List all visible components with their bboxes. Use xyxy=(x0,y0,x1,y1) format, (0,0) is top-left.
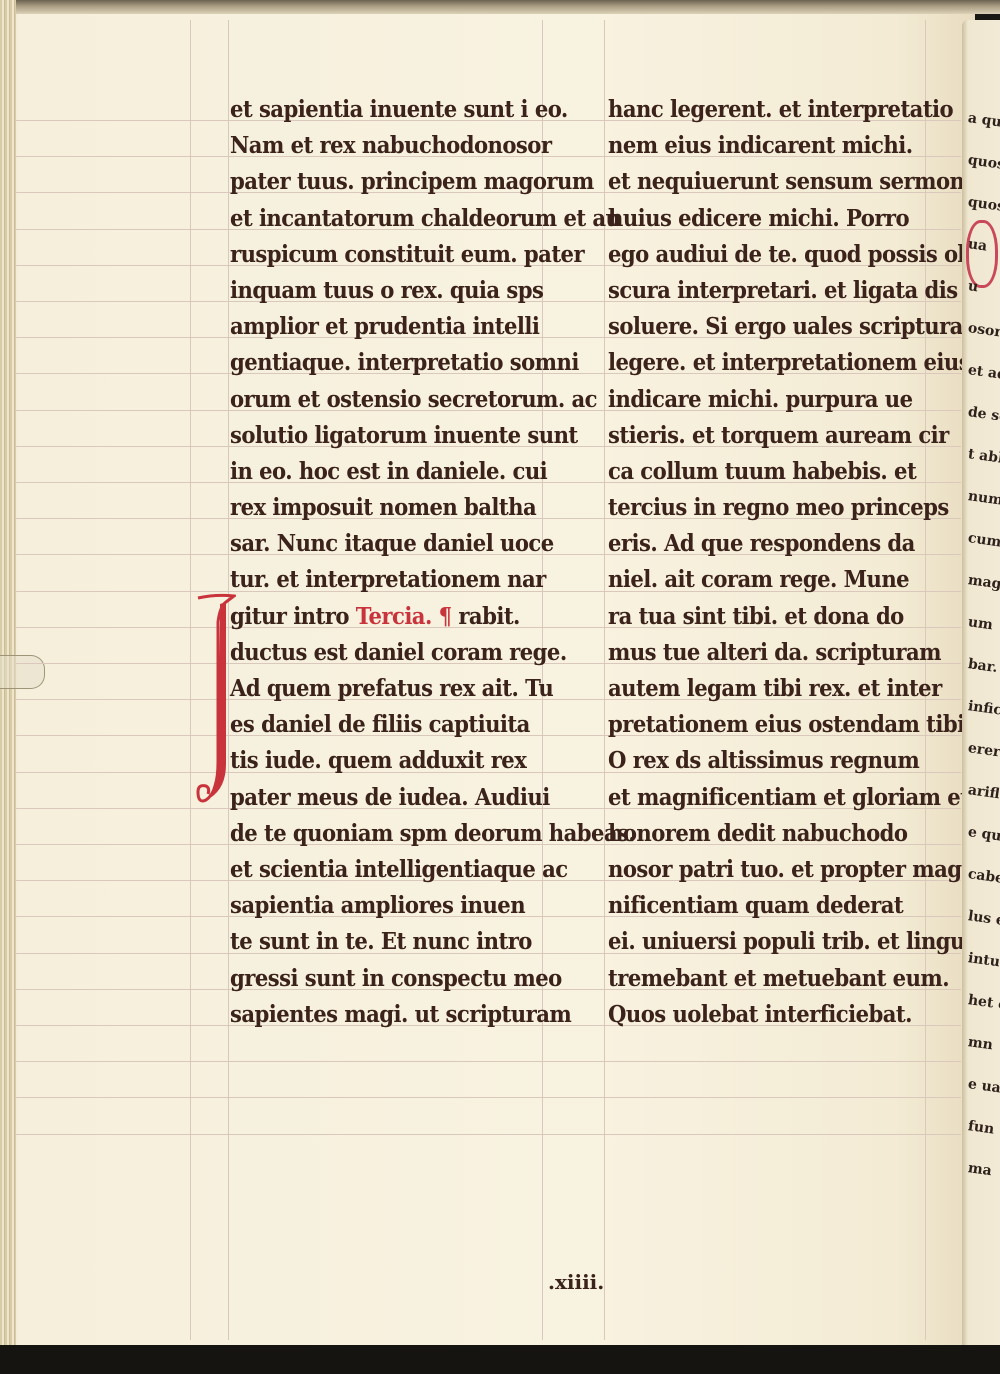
manuscript-line: et sapientia inuente sunt i eo. xyxy=(230,92,534,128)
manuscript-line: gentiaque. interpretatio somni xyxy=(230,345,534,381)
manuscript-line: pater meus de iudea. Audiui xyxy=(230,780,534,816)
ruling-line xyxy=(16,1061,961,1062)
manuscript-line: scura interpretari. et ligata dis xyxy=(608,273,912,309)
manuscript-line: nificentiam quam dederat xyxy=(608,888,912,924)
manuscript-line: rex imposuit nomen baltha xyxy=(230,490,534,526)
manuscript-line: nosor patri tuo. et propter mag xyxy=(608,852,912,888)
manuscript-line: tremebant et metuebant eum. xyxy=(608,961,912,997)
page-top-edge xyxy=(0,0,1000,14)
facing-page-text-fragment: bar. tr xyxy=(967,656,1000,679)
manuscript-line: indicare michi. purpura ue xyxy=(608,382,912,418)
manuscript-line: in eo. hoc est in daniele. cui xyxy=(230,454,534,490)
rubric-text: Tercia. xyxy=(356,603,439,630)
manuscript-line: Quos uolebat interficiebat. xyxy=(608,997,912,1033)
facing-page-text-fragment: t ablat xyxy=(967,446,1000,469)
manuscript-line: legere. et interpretationem eius xyxy=(608,345,912,381)
manuscript-page: et sapientia inuente sunt i eo.Nam et re… xyxy=(0,0,975,1352)
facing-page-text-fragment: het o xyxy=(967,992,1000,1013)
text-column-left: et sapientia inuente sunt i eo.Nam et re… xyxy=(230,92,560,1033)
page-clip xyxy=(0,655,45,689)
manuscript-line: te sunt in te. Et nunc intro xyxy=(230,924,534,960)
manuscript-line: autem legam tibi rex. et inter xyxy=(608,671,912,707)
folio-number: .xiiii. xyxy=(548,1270,604,1294)
facing-page-text-fragment: erer q xyxy=(967,740,1000,762)
facing-page-text-fragment: magna xyxy=(967,572,1000,595)
manuscript-line: tis iude. quem adduxit rex xyxy=(230,743,534,779)
manuscript-line: gressi sunt in conspectu meo xyxy=(230,961,534,997)
facing-page-text-fragment: lus e xyxy=(967,908,1000,929)
facing-page-text-fragment: ariflu xyxy=(967,782,1000,804)
ruling-line xyxy=(16,1097,961,1098)
facing-page-text-fragment: ua xyxy=(967,236,988,255)
manuscript-line: pater tuus. principem magorum xyxy=(230,164,534,200)
facing-page-text-fragment: e ua xyxy=(967,1076,1000,1096)
manuscript-line: es daniel de filiis captiuita xyxy=(230,707,534,743)
manuscript-line: tercius in regno meo princeps xyxy=(608,490,912,526)
manuscript-line: ruspicum constituit eum. pater xyxy=(230,237,534,273)
text-column-right: hanc legerent. et interpretationem eius … xyxy=(608,92,938,1033)
facing-page-text-fragment: quos uo xyxy=(967,152,1000,176)
decorated-initial-j-icon xyxy=(196,592,236,804)
manuscript-line: honorem dedit nabuchodo xyxy=(608,816,912,852)
manuscript-line: amplior et prudentia intelli xyxy=(230,309,534,345)
facing-page-text-fragment: mn xyxy=(967,1034,994,1053)
manuscript-line: hanc legerent. et interpretatio xyxy=(608,92,912,128)
ruling-line xyxy=(16,1134,961,1135)
manuscript-line: et nequiuerunt sensum sermonis xyxy=(608,164,912,200)
background-shadow xyxy=(0,1345,1000,1374)
manuscript-line: et magnificentiam et gloriam et xyxy=(608,780,912,816)
manuscript-line: et scientia intelligentiaque ac xyxy=(230,852,534,888)
line-text: gitur intro xyxy=(230,603,356,630)
line-text: rabit. xyxy=(452,603,520,630)
facing-page-edge: a quos uquos uoquos uuauosor. cet ad fud… xyxy=(962,20,1000,1350)
manuscript-line: huius edicere michi. Porro xyxy=(608,201,912,237)
manuscript-line: sapientia ampliores inuen xyxy=(230,888,534,924)
facing-page-text-fragment: fun xyxy=(967,1118,995,1138)
manuscript-line: niel. ait coram rege. Mune xyxy=(608,562,912,598)
facing-page-text-fragment: de solu xyxy=(967,404,1000,428)
manuscript-line: O rex ds altissimus regnum xyxy=(608,743,912,779)
manuscript-line: solutio ligatorum inuente sunt xyxy=(230,418,534,454)
facing-page-text-fragment: cum be xyxy=(967,530,1000,554)
facing-page-text-fragment: intua xyxy=(967,950,1000,972)
facing-page-text-fragment: ma xyxy=(967,1160,993,1179)
manuscript-line: pretationem eius ostendam tibi. xyxy=(608,707,912,743)
manuscript-line: ductus est daniel coram rege. xyxy=(230,635,534,671)
manuscript-line: sar. Nunc itaque daniel uoce xyxy=(230,526,534,562)
manuscript-line: stieris. et torquem auream cir xyxy=(608,418,912,454)
manuscript-line: ego audiui de te. quod possis ob xyxy=(608,237,912,273)
manuscript-line: eris. Ad que respondens da xyxy=(608,526,912,562)
manuscript-line: ei. uniuersi populi trib. et lingue xyxy=(608,924,912,960)
manuscript-line: ca collum tuum habebis. et xyxy=(608,454,912,490)
facing-page-text-fragment: a quos u xyxy=(967,110,1000,135)
facing-page-text-fragment: num cu xyxy=(967,488,1000,512)
manuscript-line: de te quoniam spm deorum habeas. xyxy=(230,816,534,852)
manuscript-line: ra tua sint tibi. et dona do xyxy=(608,599,912,635)
manuscript-line: soluere. Si ergo uales scripturam xyxy=(608,309,912,345)
facing-page-text-fragment: quos u xyxy=(967,194,1000,217)
ruling-column-line xyxy=(190,20,191,1340)
facing-page-text-fragment: infiche xyxy=(967,698,1000,721)
facing-page-text-fragment: u xyxy=(967,278,979,295)
manuscript-line: tur. et interpretationem nar xyxy=(230,562,534,598)
manuscript-line: Ad quem prefatus rex ait. Tu xyxy=(230,671,534,707)
facing-page-text-fragment: um xyxy=(967,614,994,633)
facing-page-text-fragment: et ad fu xyxy=(967,362,1000,386)
facing-page-text-fragment: cabe xyxy=(967,866,1000,887)
manuscript-line: orum et ostensio secretorum. ac xyxy=(230,382,534,418)
manuscript-line: et incantatorum chaldeorum et au xyxy=(230,201,534,237)
pilcrow-icon: ¶ xyxy=(439,603,452,630)
facing-page-text-fragment: osor. c xyxy=(967,320,1000,343)
facing-page-text-fragment: e quo xyxy=(967,824,1000,846)
manuscript-line: inquam tuus o rex. quia sps xyxy=(230,273,534,309)
manuscript-line: nem eius indicarent michi. xyxy=(608,128,912,164)
manuscript-line: mus tue alteri da. scripturam xyxy=(608,635,912,671)
manuscript-line: gitur intro Tercia. ¶ rabit. xyxy=(230,599,534,635)
manuscript-line: Nam et rex nabuchodonosor xyxy=(230,128,534,164)
manuscript-line: sapientes magi. ut scripturam xyxy=(230,997,534,1033)
